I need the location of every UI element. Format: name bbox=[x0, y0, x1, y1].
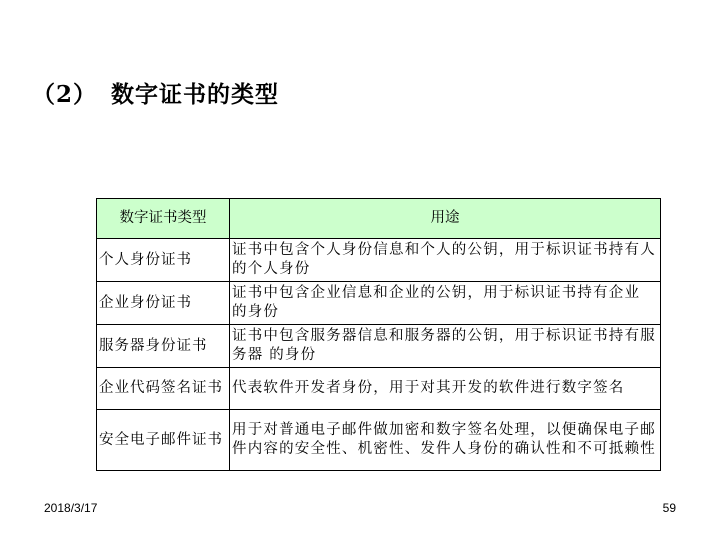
cell-usage: 代表软件开发者身份，用于对其开发的软件进行数字签名 bbox=[230, 368, 661, 410]
table-row: 服务器身份证书 证书中包含服务器信息和服务器的公钥，用于标识证书持有服务器 的身… bbox=[97, 325, 661, 368]
cell-usage: 用于对普通电子邮件做加密和数字签名处理，以便确保电子邮件内容的安全性、机密性、发… bbox=[230, 410, 661, 471]
cell-usage: 证书中包含服务器信息和服务器的公钥，用于标识证书持有服务器 的身份 bbox=[230, 325, 661, 368]
cell-cert-type: 企业代码签名证书 bbox=[97, 368, 230, 410]
title-number: （2） bbox=[32, 81, 97, 108]
cell-usage: 证书中包含企业信息和企业的公钥，用于标识证书持有企业 的身份 bbox=[230, 282, 661, 325]
footer-date: 2018/3/17 bbox=[44, 501, 97, 515]
cell-cert-type: 服务器身份证书 bbox=[97, 325, 230, 368]
table-row: 企业身份证书 证书中包含企业信息和企业的公钥，用于标识证书持有企业 的身份 bbox=[97, 282, 661, 325]
cell-cert-type: 个人身份证书 bbox=[97, 239, 230, 282]
table-row: 企业代码签名证书 代表软件开发者身份，用于对其开发的软件进行数字签名 bbox=[97, 368, 661, 410]
cell-cert-type: 安全电子邮件证书 bbox=[97, 410, 230, 471]
header-usage: 用途 bbox=[230, 199, 661, 239]
table-header-row: 数字证书类型 用途 bbox=[97, 199, 661, 239]
header-cert-type: 数字证书类型 bbox=[97, 199, 230, 239]
cell-cert-type: 企业身份证书 bbox=[97, 282, 230, 325]
certificate-types-table: 数字证书类型 用途 个人身份证书 证书中包含个人身份信息和个人的公钥，用于标识证… bbox=[96, 198, 661, 471]
page-number: 59 bbox=[663, 501, 676, 515]
title-text: 数字证书的类型 bbox=[111, 81, 279, 108]
cell-usage: 证书中包含个人身份信息和个人的公钥，用于标识证书持有人 的个人身份 bbox=[230, 239, 661, 282]
table-row: 安全电子邮件证书 用于对普通电子邮件做加密和数字签名处理，以便确保电子邮件内容的… bbox=[97, 410, 661, 471]
table-row: 个人身份证书 证书中包含个人身份信息和个人的公钥，用于标识证书持有人 的个人身份 bbox=[97, 239, 661, 282]
slide-title: （2）数字证书的类型 bbox=[32, 76, 279, 109]
